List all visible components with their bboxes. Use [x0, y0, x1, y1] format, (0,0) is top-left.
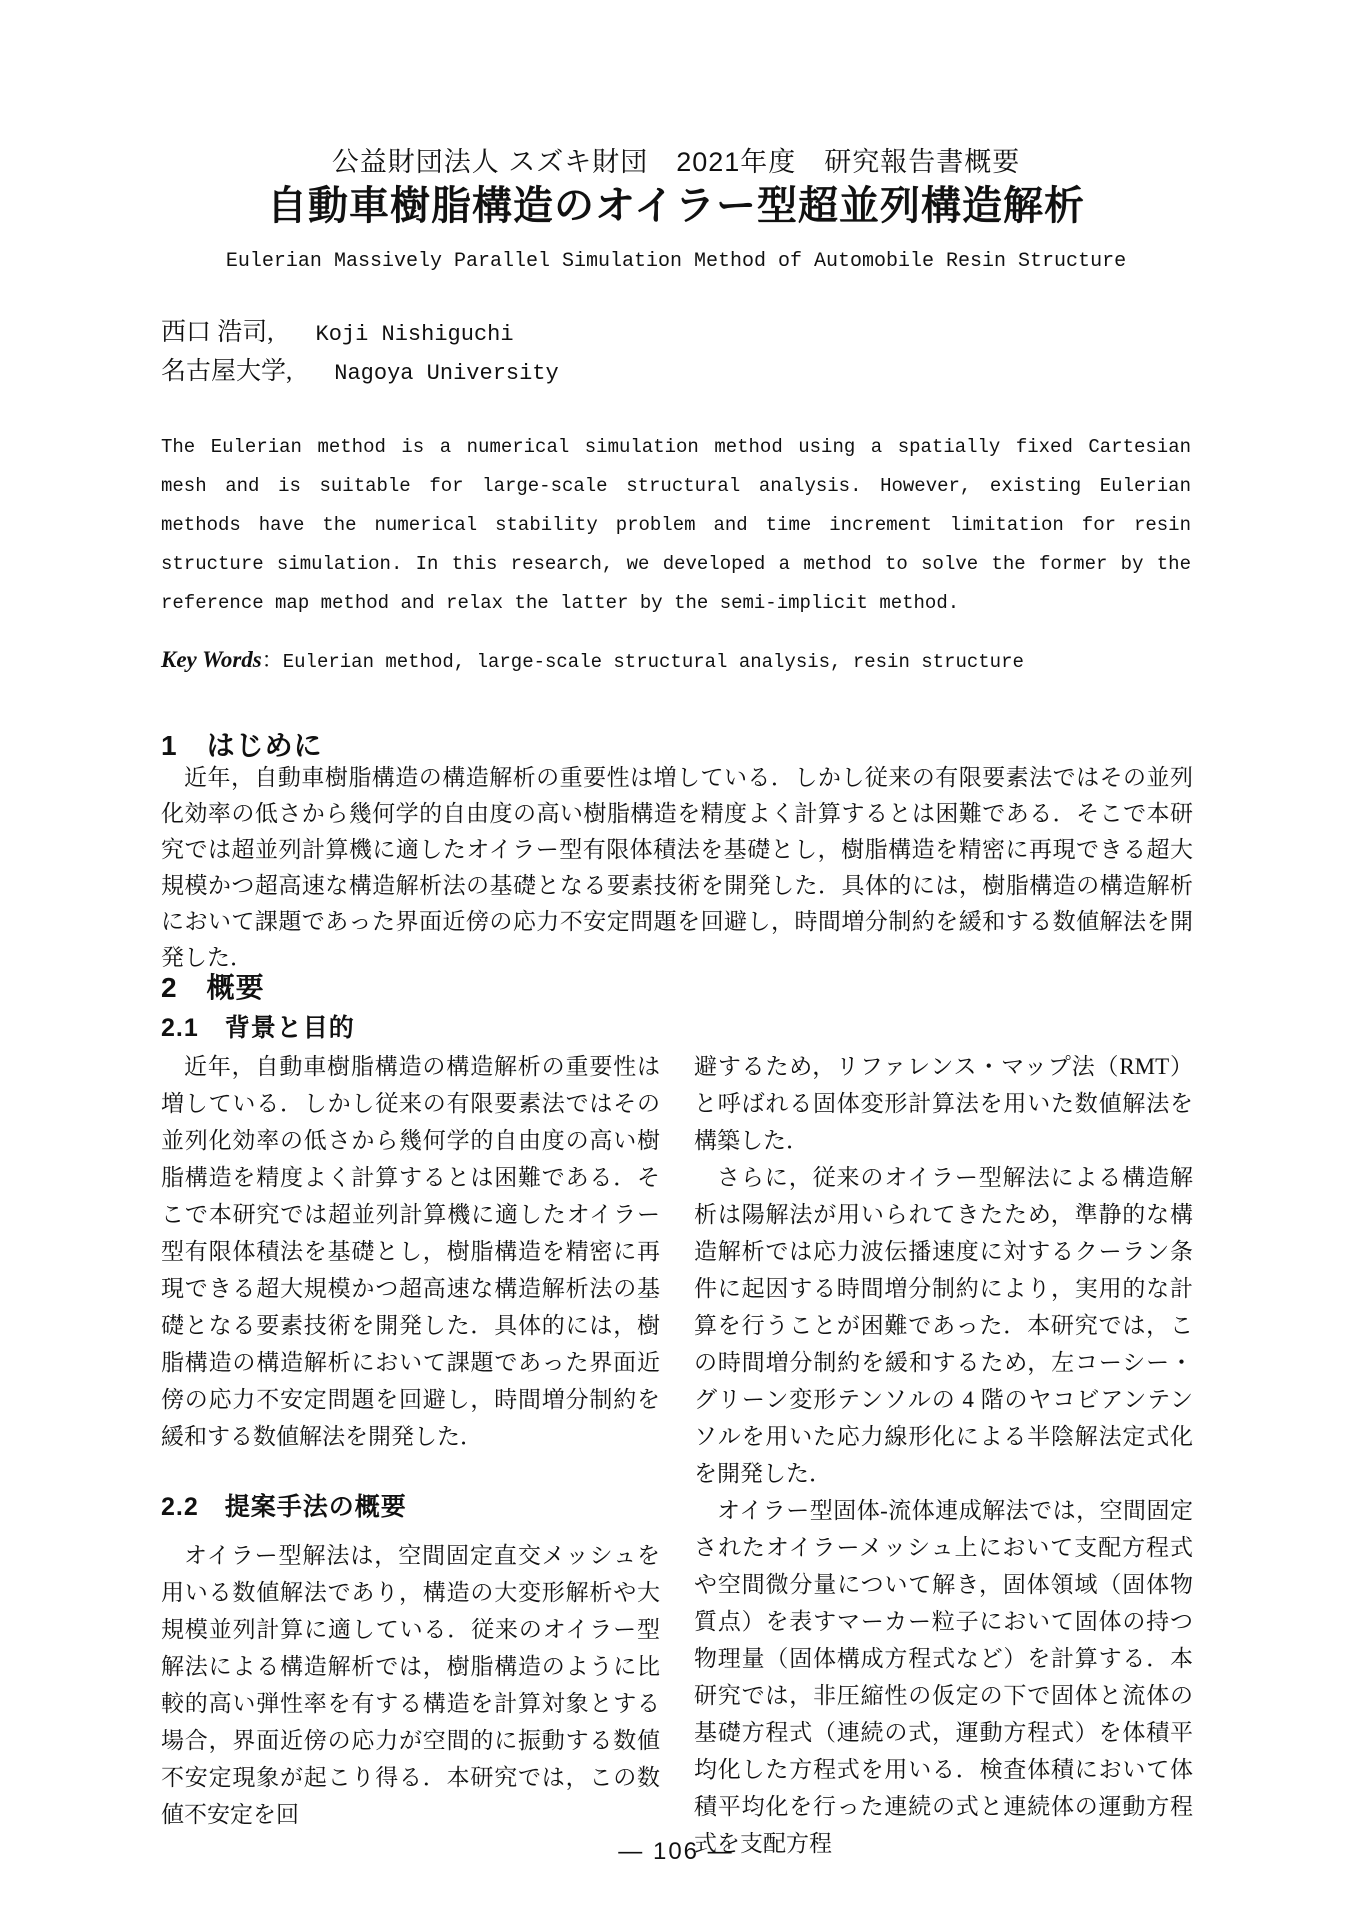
keywords-colon: ： — [262, 651, 283, 674]
affiliation-ja: 名古屋大学, — [161, 358, 292, 385]
document-page: 公益財団法人 スズキ財団 2021年度 研究報告書概要 自動車樹脂構造のオイラー… — [0, 0, 1350, 1909]
left-column-paragraph-1: 近年，自動車樹脂構造の構造解析の重要性は増している．しかし従来の有限要素法ではそ… — [161, 1048, 660, 1455]
left-column: 近年，自動車樹脂構造の構造解析の重要性は増している．しかし従来の有限要素法ではそ… — [161, 1048, 660, 1862]
author-name-ja: 西口 浩司, — [161, 319, 274, 346]
author-name-en: Koji Nishiguchi — [316, 322, 514, 347]
keywords-text: Eulerian method, large-scale structural … — [283, 651, 1024, 673]
affiliation-en: Nagoya University — [334, 361, 558, 386]
author-line: 西口 浩司,Koji Nishiguchi — [161, 314, 559, 353]
right-column-paragraph-3: オイラー型固体-流体連成解法では，空間固定されたオイラーメッシュ上において支配方… — [694, 1492, 1193, 1862]
right-column: 避するため，リファレンス・マップ法（RMT）と呼ばれる固体変形計算法を用いた数値… — [694, 1048, 1193, 1862]
page-number: — 106 — — [161, 1838, 1191, 1866]
right-column-paragraph-2: さらに，従来のオイラー型解法による構造解析は陽解法が用いられてきたため，準静的な… — [694, 1159, 1193, 1492]
right-column-paragraph-1: 避するため，リファレンス・マップ法（RMT）と呼ばれる固体変形計算法を用いた数値… — [694, 1048, 1193, 1159]
keywords-label: Key Words — [161, 647, 262, 672]
section1-paragraph: 近年，自動車樹脂構造の構造解析の重要性は増している．しかし従来の有限要素法ではそ… — [161, 760, 1193, 976]
english-title: Eulerian Massively Parallel Simulation M… — [160, 250, 1192, 273]
page-title: 自動車樹脂構造のオイラー型超並列構造解析 — [160, 174, 1192, 231]
left-column-paragraph-2: オイラー型解法は，空間固定直交メッシュを用いる数値解法であり，構造の大変形解析や… — [161, 1537, 660, 1833]
abstract-paragraph: The Eulerian method is a numerical simul… — [161, 428, 1191, 623]
affiliation-line: 名古屋大学,Nagoya University — [161, 353, 559, 392]
author-block: 西口 浩司,Koji Nishiguchi 名古屋大学,Nagoya Unive… — [161, 314, 559, 392]
section1-heading: 1 はじめに — [161, 724, 323, 764]
two-column-body: 近年，自動車樹脂構造の構造解析の重要性は増している．しかし従来の有限要素法ではそ… — [161, 1048, 1193, 1862]
section2-2-heading: 2.2 提案手法の概要 — [161, 1487, 660, 1523]
section2-1-heading: 2.1 背景と目的 — [161, 1008, 355, 1044]
keywords-line: Key Words：Eulerian method, large-scale s… — [161, 644, 1191, 674]
section2-heading: 2 概要 — [161, 966, 265, 1006]
